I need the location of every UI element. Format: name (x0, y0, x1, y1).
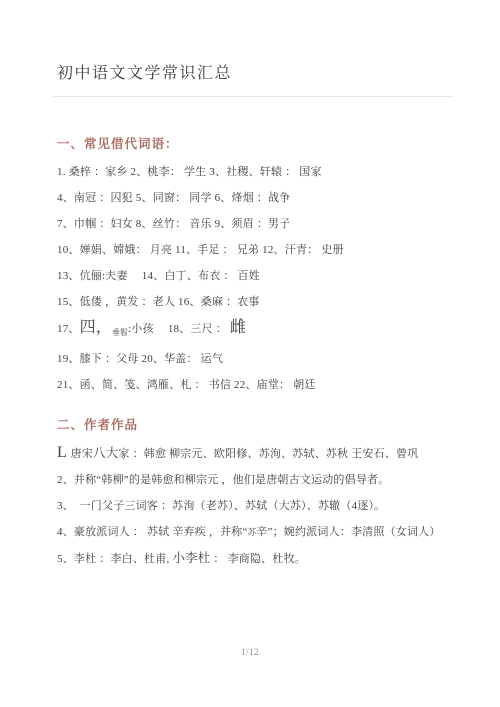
text-segment: 3、 一门父子三词客 ：苏洵（老苏）、苏轼（大苏）、苏辙（4逐）。 (57, 500, 385, 512)
text-segment: 1. 桑梓 ：家乡 2、桃李： 学生 3、社稷、轩辕 ： 国家 (57, 166, 322, 178)
document-page: 初中语文文学常识汇总 一、常见借代词语： 1. 桑梓 ：家乡 2、桃李： 学生 … (0, 0, 500, 707)
text-segment: 垂髫 (112, 328, 128, 337)
text-segment: :小孩 18、三尺 ： (128, 323, 230, 335)
text-segment: 小李杜 (172, 551, 210, 565)
list-line: 19、膝下 ：父母 20、华盖： 运气 (57, 346, 448, 372)
text-segment: 苏 (248, 527, 257, 537)
text-segment: 5、李杜 ：李白、杜甫, (57, 553, 172, 565)
text-segment: 雌 (230, 319, 246, 336)
section-metonymy-words: 一、常见借代词语： 1. 桑梓 ：家乡 2、桃李： 学生 3、社稷、轩辕 ： 国… (57, 134, 448, 398)
list-line: 2、并称“韩柳”的是韩愈和柳宗元 ，他们是唐朝古文运动的倡导者。 (57, 467, 448, 493)
section-lines: L 唐宋八大家 ：韩愈 柳宗元、欧阳修、苏洵、苏轼、苏秋 王安石、曾巩2、并称“… (57, 440, 448, 572)
text-segment: ： 李商隐、杜牧。 (210, 553, 306, 565)
section-lines: 1. 桑梓 ：家乡 2、桃李： 学生 3、社稷、轩辕 ： 国家4、南冠 ：囚犯 … (57, 159, 448, 398)
list-line: 1. 桑梓 ：家乡 2、桃李： 学生 3、社稷、轩辕 ： 国家 (57, 159, 448, 185)
text-segment: 10、婵娟、嫦娥： 月亮 11、手足 ： 兄弟 12、汗青： 史册 (57, 244, 344, 256)
section-author-works: 二、作者作品 L 唐宋八大家 ：韩愈 柳宗元、欧阳修、苏洵、苏轼、苏秋 王安石、… (57, 415, 448, 572)
text-segment: 四， (80, 319, 112, 336)
title-divider (53, 96, 454, 97)
section-heading: 一、常见借代词语： (57, 134, 448, 152)
page-title: 初中语文文学常识汇总 (57, 60, 448, 83)
list-line: 21、函、简、笺、鸿雁、札 ： 书信 22、庙堂： 朝廷 (57, 372, 448, 398)
text-segment: 家 ：韩愈 柳宗元、欧阳修、苏洵、苏轼、苏秋 王安石、曾巩 (118, 448, 418, 460)
text-segment: 八大 (93, 446, 118, 460)
text-segment: 21、函、简、笺、鸿雁、札 ： 书信 22、庙堂： 朝廷 (57, 379, 316, 391)
list-line: 13、伉俪:夫妻 14、白丁、布衣 ： 百姓 (57, 263, 448, 289)
list-line: 3、 一门父子三词客 ：苏洵（老苏）、苏轼（大苏）、苏辙（4逐）。 (57, 493, 448, 519)
list-line: L 唐宋八大家 ：韩愈 柳宗元、欧阳修、苏洵、苏轼、苏秋 王安石、曾巩 (57, 440, 448, 467)
text-segment: 唐宋 (71, 448, 93, 460)
page-number: 1/12 (0, 647, 500, 657)
list-line: 5、李杜 ：李白、杜甫, 小李杜 ： 李商隐、杜牧。 (57, 545, 448, 572)
list-line: 10、婵娟、嫦娥： 月亮 11、手足 ： 兄弟 12、汗青： 史册 (57, 237, 448, 263)
text-segment: 15、低偻 ，黄发 ：老人 16、桑麻 ：农事 (57, 296, 260, 308)
list-line: 15、低偻 ，黄发 ：老人 16、桑麻 ：农事 (57, 289, 448, 315)
text-segment: 4、豪放派词人 ： 苏轼 辛弃疾 ，并称“ (57, 526, 248, 538)
list-line: 7、巾帼 ：妇女 8、丝竹： 音乐 9、须眉 ：男子 (57, 211, 448, 237)
list-line: 17、四，垂髫:小孩 18、三尺 ： 雌 (57, 315, 448, 346)
list-line: 4、豪放派词人 ： 苏轼 辛弃疾 ，并称“苏辛”；婉约派词人：李清照（女词人） (57, 519, 448, 545)
text-segment: 辛”；婉约派词人：李清照（女词人） (256, 526, 440, 538)
text-segment: L (57, 444, 71, 461)
text-segment: 4、南冠 ：囚犯 5、同窗： 同学 6、烽烟 ：战争 (57, 192, 290, 204)
list-line: 4、南冠 ：囚犯 5、同窗： 同学 6、烽烟 ：战争 (57, 185, 448, 211)
text-segment: 7、巾帼 ：妇女 8、丝竹： 音乐 9、须眉 ：男子 (57, 218, 290, 230)
section-heading: 二、作者作品 (57, 415, 448, 433)
text-segment: 2、并称“韩柳”的是韩愈和柳宗元 ，他们是唐朝古文运动的倡导者。 (57, 474, 389, 486)
text-segment: 19、膝下 ：父母 20、华盖： 运气 (57, 353, 223, 365)
text-segment: 13、伉俪:夫妻 14、白丁、布衣 ： 百姓 (57, 270, 260, 282)
text-segment: 17、 (57, 323, 80, 335)
